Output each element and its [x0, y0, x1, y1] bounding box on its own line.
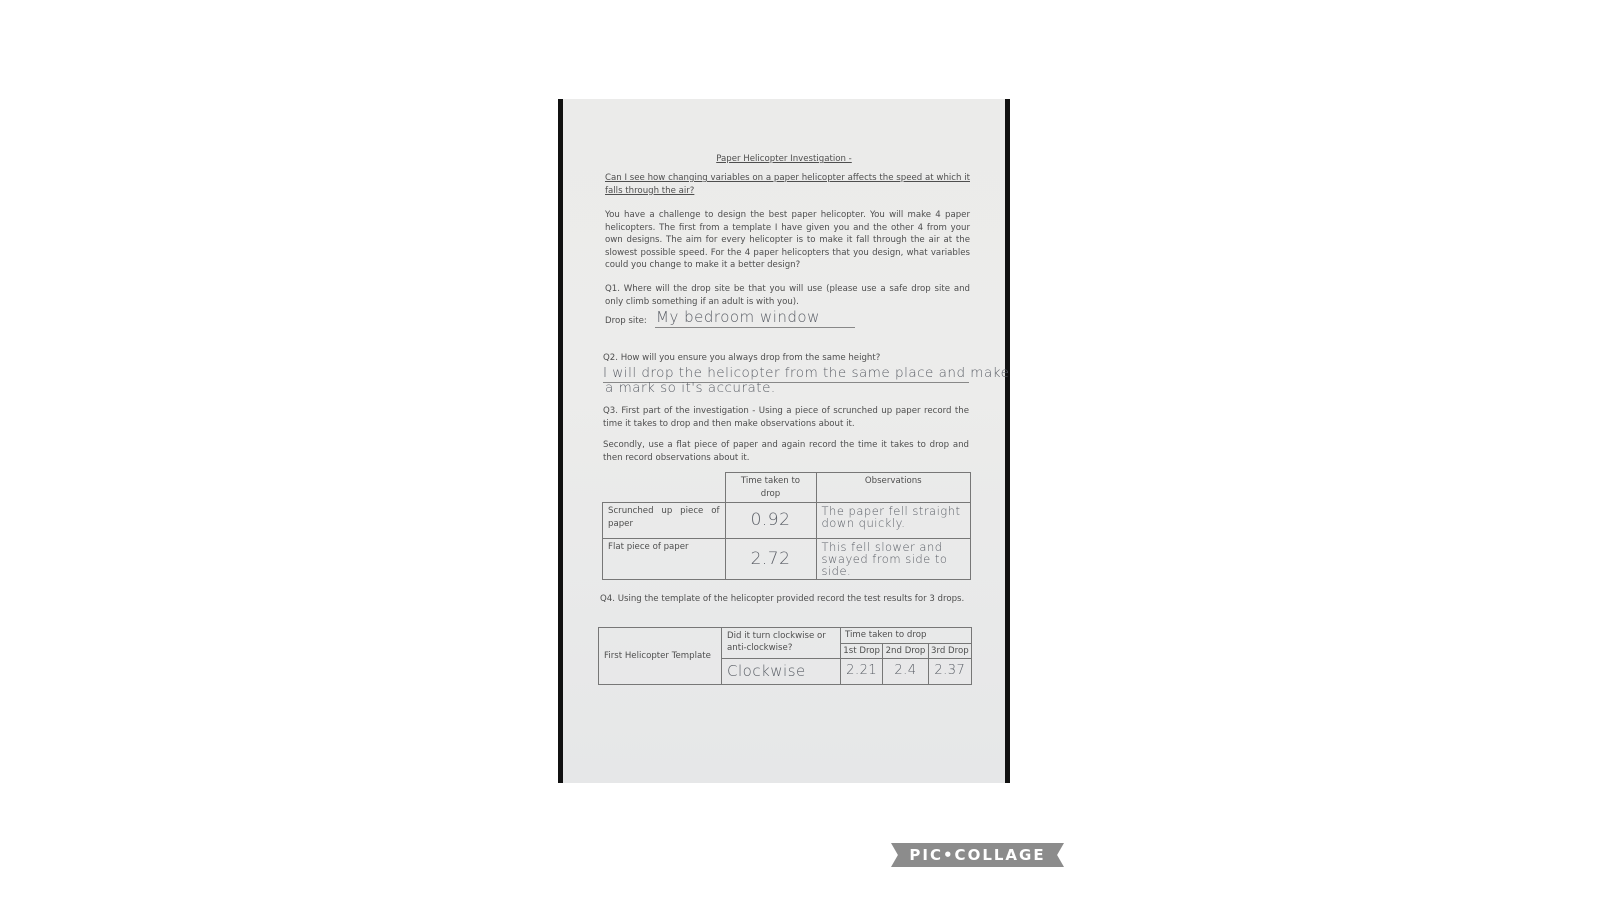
row-time: 0.92: [725, 503, 816, 539]
worksheet-photo: Paper Helicopter Investigation - Can I s…: [558, 99, 1010, 783]
row-label: Scrunched up piece of paper: [603, 503, 726, 539]
q4-results-table: First Helicopter Template Did it turn cl…: [598, 627, 972, 685]
intro-paragraph: You have a challenge to design the best …: [605, 209, 970, 272]
drop-3-time: 2.37: [928, 659, 971, 685]
q4-text: Q4. Using the template of the helicopter…: [600, 593, 970, 606]
drop-site-label: Drop site:: [605, 315, 647, 328]
worksheet-paper: Paper Helicopter Investigation - Can I s…: [563, 99, 1005, 783]
time-header: Time taken to drop: [841, 628, 972, 644]
drop-site-underline: [655, 327, 855, 328]
worksheet-title: Paper Helicopter Investigation -: [563, 153, 1005, 166]
q3-text-a: Q3. First part of the investigation - Us…: [603, 405, 969, 430]
drop-2-header: 2nd Drop: [883, 643, 928, 659]
table-row: Scrunched up piece of paper 0.92 The pap…: [603, 503, 971, 539]
q2-answer-line2: a mark so it's accurate.: [605, 380, 776, 396]
table-header-observations: Observations: [816, 473, 971, 503]
watermark-label: PIC•COLLAGE: [891, 843, 1064, 867]
table-row: Flat piece of paper 2.72 This fell slowe…: [603, 539, 971, 580]
q2-answer-line1: I will drop the helicopter from the same…: [603, 365, 1009, 381]
q2-text: Q2. How will you ensure you always drop …: [603, 352, 968, 365]
drop-3-header: 3rd Drop: [928, 643, 971, 659]
pic-collage-watermark: PIC•COLLAGE: [891, 843, 1064, 867]
drop-site-answer: My bedroom window: [656, 308, 820, 326]
table-header-blank: [603, 473, 726, 503]
row-time: 2.72: [725, 539, 816, 580]
q1-text: Q1. Where will the drop site be that you…: [605, 283, 970, 308]
row-observation: The paper fell straight down quickly.: [816, 503, 971, 539]
investigation-question: Can I see how changing variables on a pa…: [605, 172, 970, 197]
q3-text-b: Secondly, use a flat piece of paper and …: [603, 439, 969, 464]
drop-1-time: 2.21: [841, 659, 883, 685]
drop-1-header: 1st Drop: [841, 643, 883, 659]
drop-2-time: 2.4: [883, 659, 928, 685]
q3-results-table: Time taken to drop Observations Scrunche…: [602, 472, 971, 580]
row-label: Flat piece of paper: [603, 539, 726, 580]
table-header-time: Time taken to drop: [725, 473, 816, 503]
direction-header: Did it turn clockwise or anti-clockwise?: [722, 628, 841, 659]
table-header-row: Time taken to drop Observations: [603, 473, 971, 503]
direction-answer: Clockwise: [722, 659, 841, 685]
row-observation: This fell slower and swayed from side to…: [816, 539, 971, 580]
helicopter-template-label: First Helicopter Template: [599, 628, 722, 685]
